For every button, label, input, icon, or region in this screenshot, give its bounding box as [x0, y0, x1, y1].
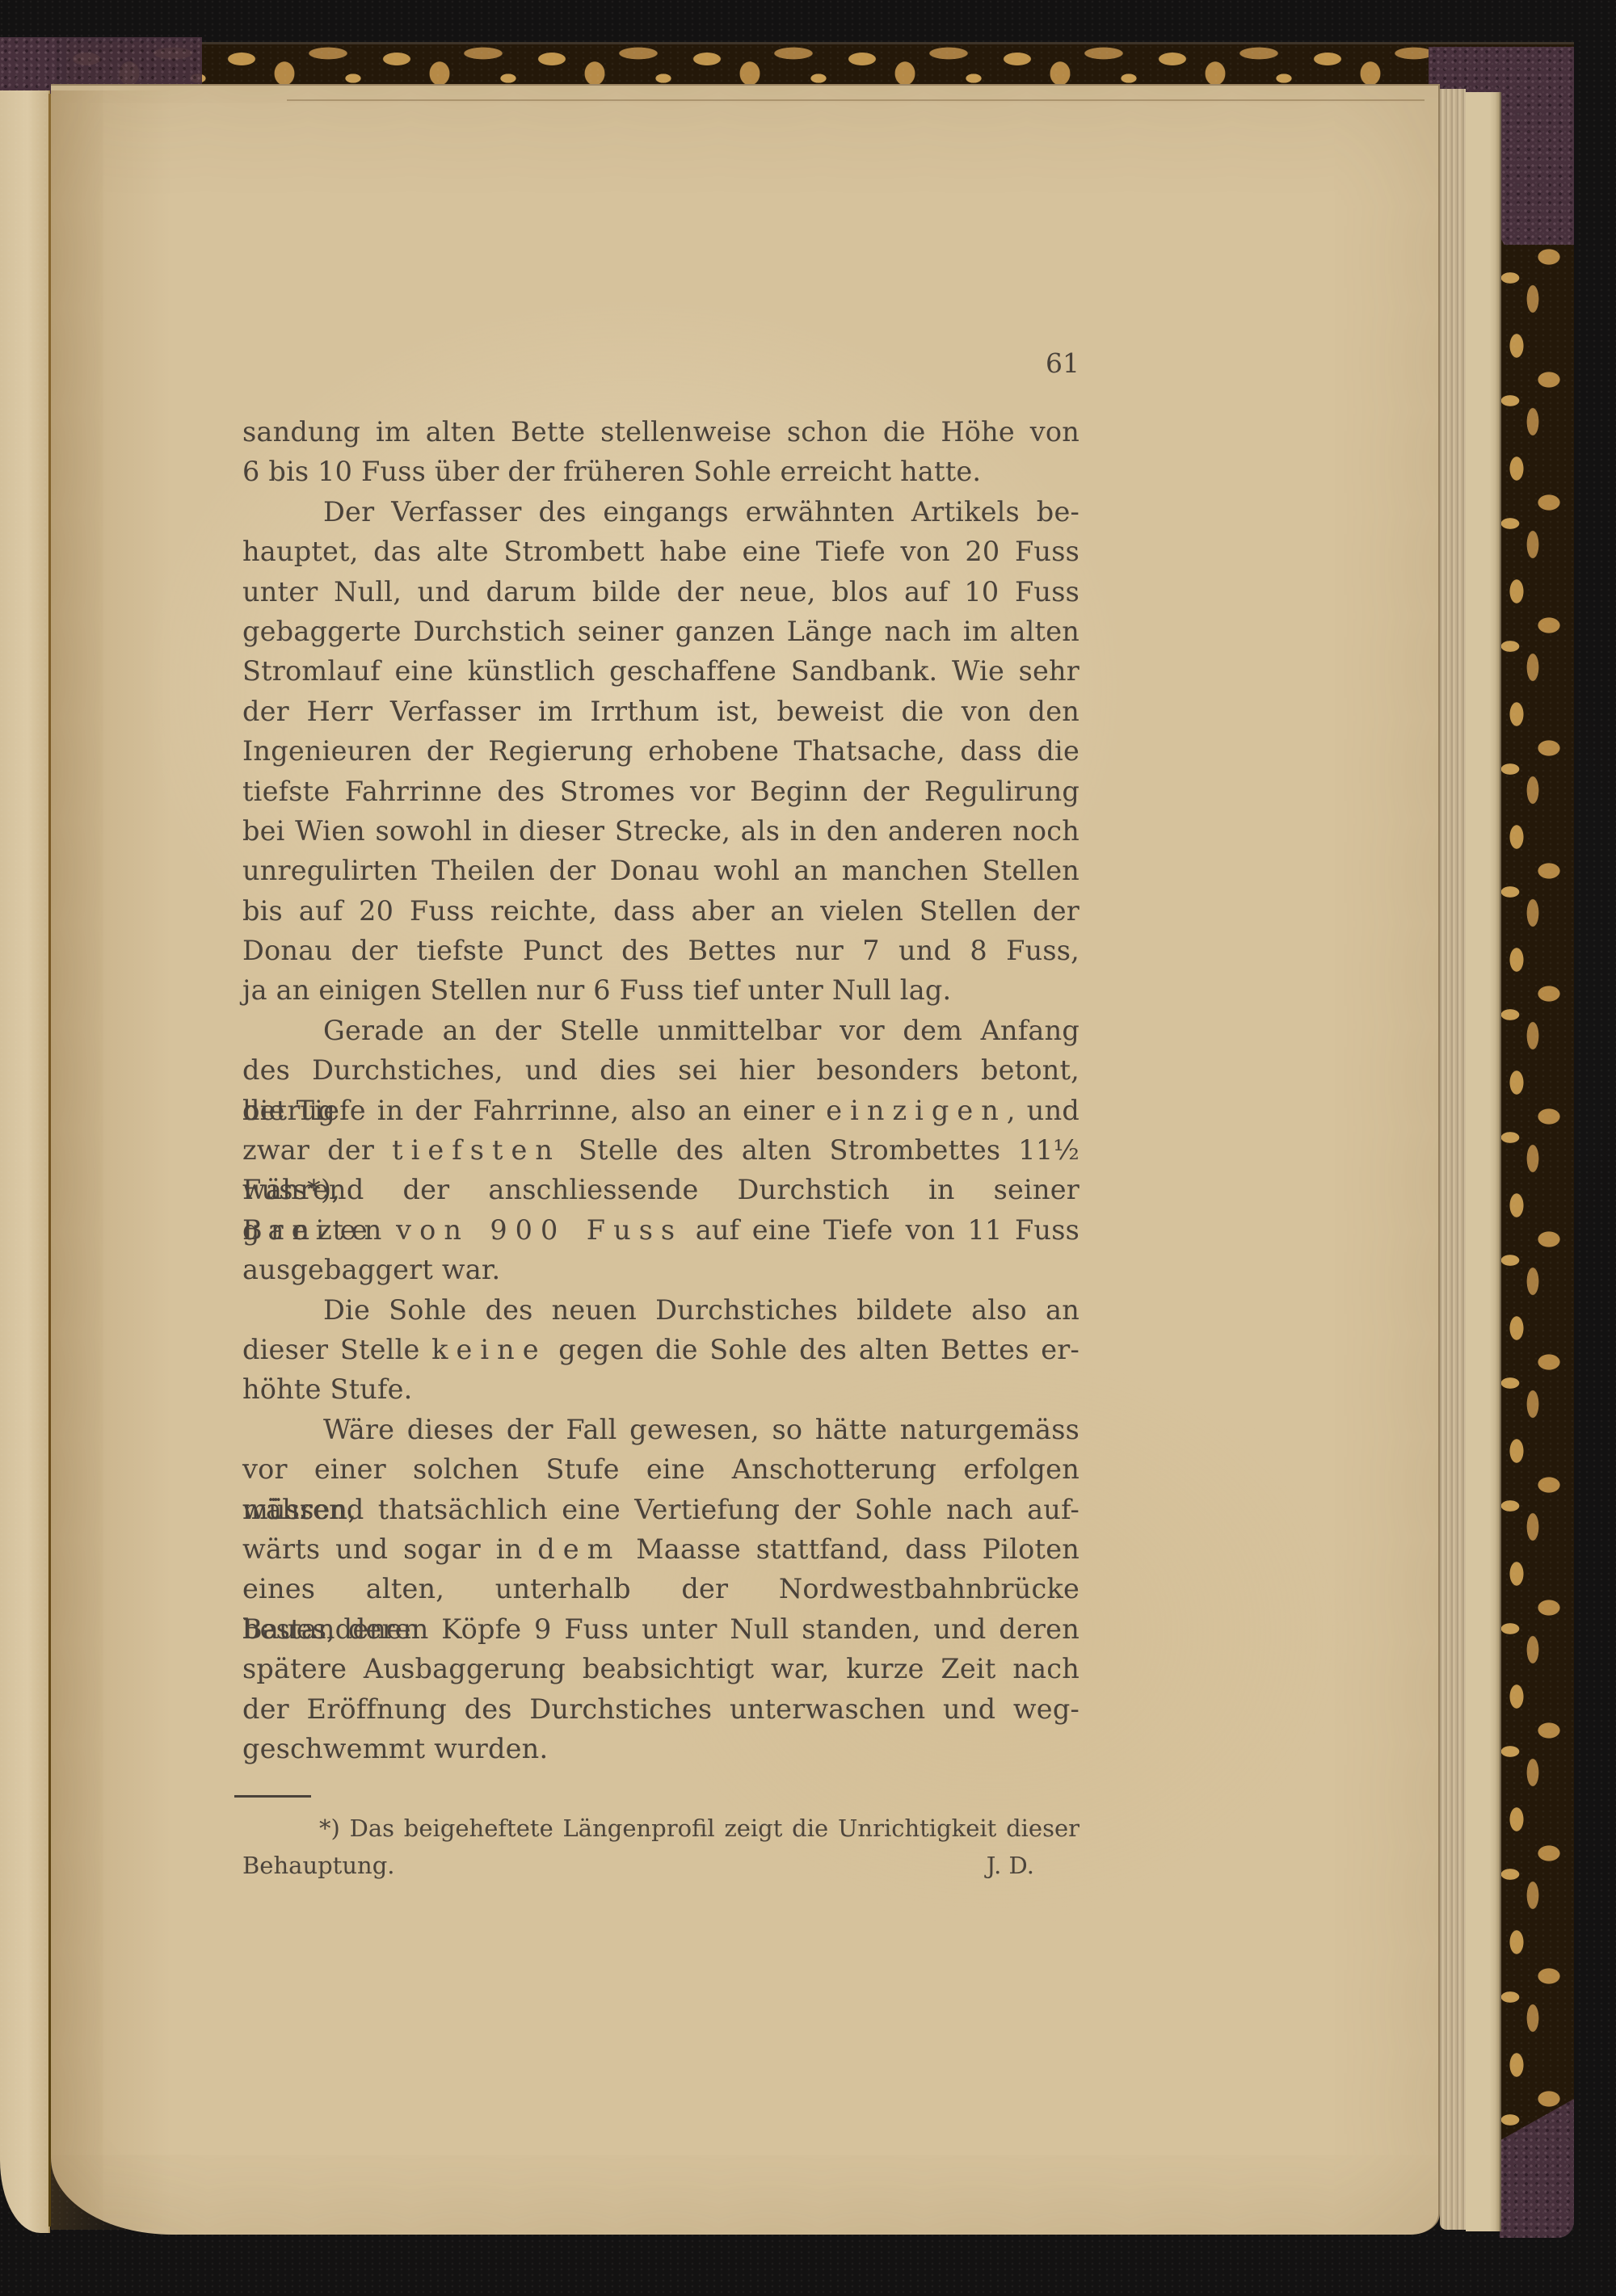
text-line: unter Null, und darum bilde der neue, bl… — [242, 572, 1079, 612]
footnote-text: Behauptung. — [242, 1847, 394, 1884]
text-line: wärts und sogar in dem Maasse stattfand,… — [242, 1529, 1079, 1569]
text-line: Die Sohle des neuen Durchstiches bildete… — [242, 1290, 1079, 1330]
text-segment: 6 bis 10 Fuss über der früheren Sohle er… — [242, 456, 981, 487]
text-line: gebaggerte Durchstich seiner ganzen Läng… — [242, 612, 1079, 651]
page-top-inner-line — [287, 99, 1425, 101]
footnote-line: Behauptung. J. D. — [242, 1847, 1079, 1884]
text-line: der Herr Verfasser im Irrthum ist, bewei… — [242, 692, 1079, 731]
text-segment: höhte Stufe. — [242, 1373, 413, 1405]
text-segment: hauptet, das alte Strombett habe eine Ti… — [242, 536, 1079, 567]
scanned-book-page: 61 sandung im alten Bette stellenweise s… — [0, 0, 1616, 2296]
text-line: während thatsächlich eine Vertiefung der… — [242, 1490, 1079, 1529]
page-fore-edge — [1440, 89, 1466, 2230]
text-segment: wärts und sogar in — [242, 1533, 537, 1565]
text-segment: Baues, deren Köpfe 9 Fuss unter Null sta… — [242, 1613, 1079, 1645]
text-segment: während der anschliessende Durchstich in… — [242, 1174, 1079, 1205]
text-segment: bis auf 20 Fuss reichte, dass aber an vi… — [242, 895, 1079, 927]
text-line: des Durchstiches, und dies sei hier beso… — [242, 1050, 1079, 1090]
page-stack-edge — [1466, 92, 1501, 2231]
text-segment: , und — [1007, 1095, 1079, 1126]
text-segment: spätere Ausbaggerung beabsichtigt war, k… — [242, 1653, 1079, 1684]
footnote-initials: J. D. — [987, 1847, 1034, 1884]
text-line: geschwemmt wurden. — [242, 1729, 1079, 1768]
text-segment: Maasse stattfand, dass Piloten — [621, 1533, 1079, 1565]
letterspaced-text: tiefsten — [392, 1134, 561, 1166]
body-text: sandung im alten Bette stellenweise scho… — [242, 412, 1079, 1768]
text-segment: während thatsächlich eine Vertiefung der… — [242, 1494, 1079, 1525]
text-line: der Eröffnung des Durchstiches unterwasc… — [242, 1689, 1079, 1729]
text-segment: tiefste Fahrrinne des Stromes vor Beginn… — [242, 776, 1079, 807]
text-segment: zwar der — [242, 1134, 392, 1166]
text-line: Wäre dieses der Fall gewesen, so hätte n… — [242, 1410, 1079, 1449]
text-line: sandung im alten Bette stellenweise scho… — [242, 412, 1079, 452]
text-segment: unter Null, und darum bilde der neue, bl… — [242, 576, 1079, 608]
letterspaced-text: Breite von 900 Fuss — [242, 1214, 683, 1246]
text-segment: Die Sohle des neuen Durchstiches bildete… — [323, 1294, 1079, 1326]
letterspaced-text: dem — [537, 1533, 621, 1565]
text-line: Ingenieuren der Regierung erhobene Thats… — [242, 731, 1079, 771]
footnote-line: *) Das beigeheftete Längenprofil zeigt d… — [242, 1810, 1079, 1847]
text-line: während der anschliessende Durchstich in… — [242, 1170, 1079, 1209]
text-line: spätere Ausbaggerung beabsichtigt war, k… — [242, 1649, 1079, 1688]
text-segment: gegen die Sohle des alten Bettes er- — [547, 1334, 1079, 1365]
text-line: Baues, deren Köpfe 9 Fuss unter Null sta… — [242, 1609, 1079, 1649]
text-segment: auf eine Tiefe von 11 Fuss — [683, 1214, 1079, 1246]
book-cover-right-edge — [1499, 78, 1574, 2228]
text-segment: die Tiefe in der Fahrrinne, also an eine… — [242, 1095, 826, 1126]
text-segment: unregulirten Theilen der Donau wohl an m… — [242, 855, 1079, 886]
text-segment: Ingenieuren der Regierung erhobene Thats… — [242, 735, 1079, 767]
text-line: 6 bis 10 Fuss über der früheren Sohle er… — [242, 452, 1079, 491]
text-segment: bei Wien sowohl in dieser Strecke, als i… — [242, 815, 1079, 847]
text-line: Stromlauf eine künstlich geschaffene San… — [242, 651, 1079, 691]
text-segment: ja an einigen Stellen nur 6 Fuss tief un… — [242, 974, 951, 1006]
text-line: Gerade an der Stelle unmittelbar vor dem… — [242, 1011, 1079, 1050]
text-line: Der Verfasser des eingangs erwähnten Art… — [242, 492, 1079, 532]
text-segment: sandung im alten Bette stellenweise scho… — [242, 416, 1079, 448]
text-line: höhte Stufe. — [242, 1369, 1079, 1409]
text-line: bis auf 20 Fuss reichte, dass aber an vi… — [242, 891, 1079, 931]
gutter-shadow — [51, 90, 172, 2230]
footnote: *) Das beigeheftete Längenprofil zeigt d… — [242, 1810, 1079, 1884]
text-line: zwar der tiefsten Stelle des alten Strom… — [242, 1130, 1079, 1170]
text-line: ausgebaggert war. — [242, 1250, 1079, 1289]
text-segment: ausgebaggert war. — [242, 1254, 500, 1285]
text-segment: der Herr Verfasser im Irrthum ist, bewei… — [242, 696, 1079, 727]
text-line: Donau der tiefste Punct des Bettes nur 7… — [242, 931, 1079, 970]
text-line: tiefste Fahrrinne des Stromes vor Beginn… — [242, 772, 1079, 811]
letterspaced-text: keine — [431, 1334, 547, 1365]
letterspaced-text: einzigen — [826, 1095, 1007, 1126]
text-line: hauptet, das alte Strombett habe eine Ti… — [242, 532, 1079, 571]
page-number: 61 — [918, 347, 1079, 379]
text-line: die Tiefe in der Fahrrinne, also an eine… — [242, 1091, 1079, 1130]
previous-page-edge — [0, 90, 50, 2233]
footnote-rule — [234, 1795, 311, 1798]
text-segment: geschwemmt wurden. — [242, 1733, 548, 1764]
text-line: Breite von 900 Fuss auf eine Tiefe von 1… — [242, 1210, 1079, 1250]
text-line: dieser Stelle keine gegen die Sohle des … — [242, 1330, 1079, 1369]
text-line: bei Wien sowohl in dieser Strecke, als i… — [242, 811, 1079, 851]
text-segment: Donau der tiefste Punct des Bettes nur 7… — [242, 935, 1079, 966]
text-segment: gebaggerte Durchstich seiner ganzen Läng… — [242, 616, 1079, 647]
text-segment: Stromlauf eine künstlich geschaffene San… — [242, 655, 1079, 687]
text-segment: Der Verfasser des eingangs erwähnten Art… — [323, 496, 1079, 528]
text-segment: Gerade an der Stelle unmittelbar vor dem… — [323, 1015, 1079, 1046]
text-segment: dieser Stelle — [242, 1334, 431, 1365]
text-line: ja an einigen Stellen nur 6 Fuss tief un… — [242, 970, 1079, 1010]
text-segment: Wäre dieses der Fall gewesen, so hätte n… — [323, 1414, 1079, 1445]
text-line: unregulirten Theilen der Donau wohl an m… — [242, 851, 1079, 890]
text-line: eines alten, unterhalb der Nordwestbahnb… — [242, 1569, 1079, 1608]
text-segment: der Eröffnung des Durchstiches unterwasc… — [242, 1693, 1079, 1725]
text-line: vor einer solchen Stufe eine Anschotteru… — [242, 1449, 1079, 1489]
